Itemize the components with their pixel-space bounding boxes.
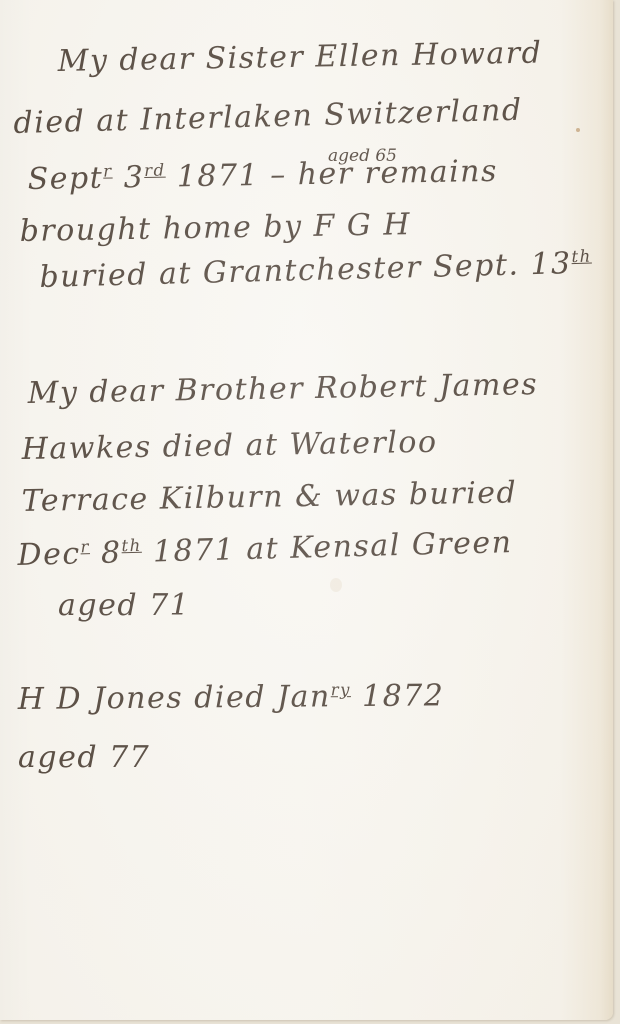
entry1-line5: buried at Grantchester Sept. 13th (39, 246, 592, 295)
day-number: 8 (101, 535, 123, 571)
entry2-line1: My dear Brother Robert James (27, 367, 538, 411)
entry1-line4: brought home by F G H (19, 207, 411, 249)
entry3-line1: H D Jones died Janry 1872 (18, 678, 445, 717)
sept-abbrev: Sept (27, 161, 103, 197)
year-place: 1871 at Kensal Green (152, 525, 512, 569)
dec-abbrev: Dec (17, 536, 81, 573)
burial-text: buried at Grantchester Sept. 13 (39, 246, 572, 295)
entry1-line1: My dear Sister Ellen Howard (57, 36, 542, 79)
entry2-line4: Decr 8th 1871 at Kensal Green (17, 525, 513, 573)
sept-sup: r (103, 162, 113, 181)
entry2-line5: aged 71 (58, 588, 190, 623)
jones-died-jan: H D Jones died Jan (18, 679, 331, 717)
entry1-line3: Septr 3rd 1871 – her remains (27, 154, 498, 197)
year-remains: 1871 – her remains (176, 154, 498, 195)
entry2-line3: Terrace Kilburn & was buried (21, 475, 517, 519)
paper-speck (576, 128, 580, 132)
entry2-line2: Hawkes died at Waterloo (21, 425, 437, 467)
dec-sup: r (80, 537, 90, 556)
jones-year: 1872 (362, 678, 445, 714)
entry1-line2: died at Interlaken Switzerland (13, 93, 523, 141)
manuscript-page: My dear Sister Ellen Howard died at Inte… (0, 0, 613, 1020)
jan-sup: ry (331, 680, 351, 699)
paper-speck (330, 578, 342, 592)
day-number: 3 (123, 160, 144, 195)
day-sup: rd (144, 161, 166, 180)
entry3-line2: aged 77 (18, 740, 150, 775)
day-sup: th (121, 536, 142, 556)
burial-sup: th (571, 247, 592, 267)
